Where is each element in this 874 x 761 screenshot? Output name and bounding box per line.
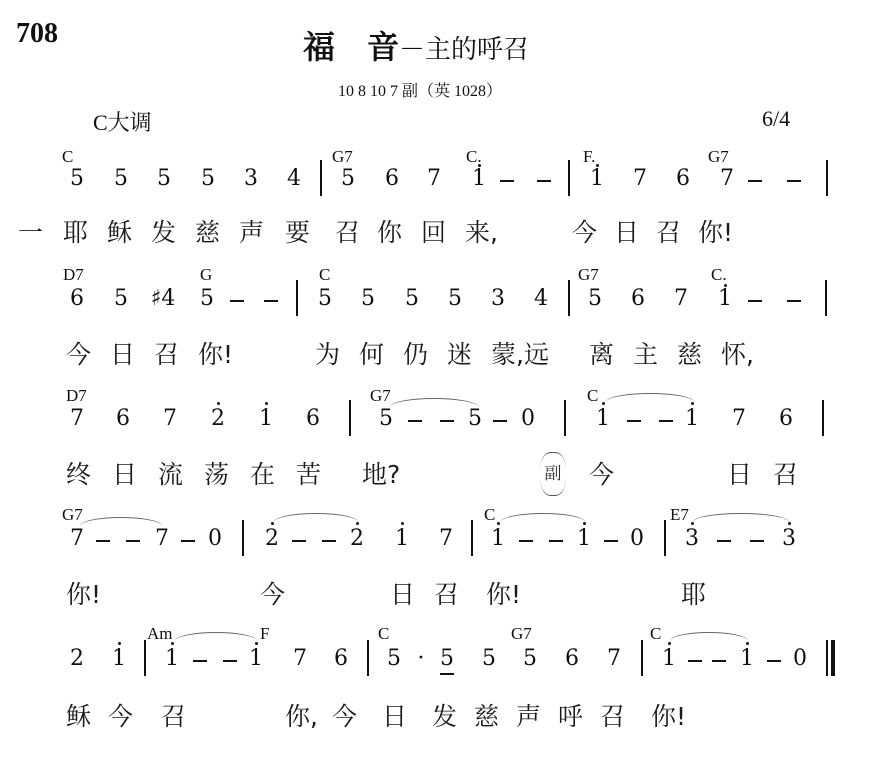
high-octave-dot	[118, 642, 121, 645]
lyric: 日	[390, 580, 415, 610]
chord: Am	[147, 625, 173, 643]
note: 7	[67, 526, 87, 552]
sustain-dash	[750, 540, 764, 542]
lyric: 慈	[195, 218, 239, 248]
meter-line: 10 8 10 7 副（英 1028）	[338, 78, 502, 101]
title-main: 福 音	[303, 28, 399, 66]
chord: C.	[711, 266, 727, 284]
note: 7	[160, 406, 180, 432]
high-octave-dot	[596, 164, 599, 167]
lyric: 召	[773, 460, 798, 490]
chord: G7	[332, 148, 353, 166]
note-high: 1	[587, 166, 607, 192]
chord: C	[587, 387, 598, 405]
sustain-dash	[712, 660, 726, 662]
note: 5	[376, 406, 396, 432]
note-high: 1	[256, 406, 276, 432]
note: 5	[465, 406, 485, 432]
note-high: 3	[779, 526, 799, 552]
lyric: 你,	[285, 702, 332, 732]
chord: F	[260, 625, 269, 643]
sustain-dash	[767, 660, 781, 662]
note: 5	[111, 166, 131, 192]
lyric: 终	[66, 460, 112, 490]
high-octave-dot	[478, 164, 481, 167]
sustain-dash	[264, 300, 278, 302]
sustain-dash	[493, 420, 507, 422]
lyric: 召	[434, 580, 459, 610]
note: 7	[290, 646, 310, 672]
sustain-dash	[96, 540, 110, 542]
note-high: 1	[574, 526, 594, 552]
lyric: 呼	[558, 702, 600, 732]
chord: E7	[670, 506, 689, 524]
lyric-line: 稣今召你,今日发慈声呼召你!	[66, 702, 686, 732]
lyric: 蒙,远	[491, 340, 589, 370]
lyric: 今	[66, 340, 110, 370]
high-octave-dot	[356, 522, 359, 525]
barline	[242, 520, 244, 556]
lyric: 今	[108, 702, 161, 732]
note: 6	[628, 286, 648, 312]
lyric: 耶	[63, 218, 107, 248]
note: 7	[152, 526, 172, 552]
sustain-dash	[627, 420, 641, 422]
note: 6	[303, 406, 323, 432]
high-octave-dot	[788, 522, 791, 525]
note: 6	[331, 646, 351, 672]
note-high: 1	[682, 406, 702, 432]
note: 0	[627, 526, 647, 552]
high-octave-dot	[401, 522, 404, 525]
barline	[641, 640, 643, 676]
time-signature: 6/4	[762, 106, 790, 132]
note: 6	[673, 166, 693, 192]
high-octave-dot	[217, 402, 220, 405]
tie	[80, 517, 162, 526]
lyric: 日	[727, 460, 752, 490]
note: 5	[67, 166, 87, 192]
sustain-dash	[787, 300, 801, 302]
high-octave-dot	[668, 642, 671, 645]
barline	[320, 160, 322, 196]
note: 4	[531, 286, 551, 312]
chorus-label: 副	[545, 464, 562, 484]
note-high: 1	[715, 286, 735, 312]
note: 7	[717, 166, 737, 192]
barline	[471, 520, 473, 556]
note: 0	[205, 526, 225, 552]
note: 5	[315, 286, 335, 312]
sustain-dash	[748, 300, 762, 302]
note: 0	[518, 406, 538, 432]
barline	[826, 160, 828, 196]
note: 5	[520, 646, 540, 672]
chord: F.	[583, 148, 595, 166]
note-high: 3	[682, 526, 702, 552]
lyric: 流	[158, 460, 204, 490]
note: 6	[113, 406, 133, 432]
note-high: 1	[469, 166, 489, 192]
high-octave-dot	[583, 522, 586, 525]
note: 2	[67, 646, 87, 672]
lyric: 日	[382, 702, 432, 732]
tie	[175, 632, 257, 641]
lyric: 来,	[465, 218, 572, 248]
tie	[274, 513, 358, 522]
lyric: 苦	[296, 460, 362, 490]
high-octave-dot	[255, 642, 258, 645]
title-sub: －主的呼召	[399, 35, 529, 65]
lyric: 为	[315, 340, 359, 370]
note-high: 1	[488, 526, 508, 552]
dotted-rhythm: ·	[411, 646, 431, 672]
note-high: 1	[109, 646, 129, 672]
note: 0	[790, 646, 810, 672]
lyric: 何	[359, 340, 403, 370]
sustain-dash	[537, 180, 551, 182]
lyric: 耶	[681, 580, 706, 610]
lyric: 离	[589, 340, 633, 370]
chord: C	[319, 266, 330, 284]
note: 5	[479, 646, 499, 672]
lyric: 声	[516, 702, 558, 732]
chord: D7	[66, 387, 87, 405]
lyric: 迷	[447, 340, 491, 370]
sustain-dash	[223, 660, 237, 662]
sustain-dash	[519, 540, 533, 542]
key-signature: C大调	[93, 106, 152, 137]
chord: G	[200, 266, 212, 284]
chord-label: G7	[332, 147, 353, 166]
sustain-dash	[181, 540, 195, 542]
sustain-dash	[659, 420, 673, 422]
tie	[606, 393, 694, 402]
high-octave-dot	[265, 402, 268, 405]
note: 6	[562, 646, 582, 672]
note: 5	[338, 166, 358, 192]
chord: G7	[511, 625, 532, 643]
chord: C	[378, 625, 389, 643]
sustain-dash	[126, 540, 140, 542]
note: 5	[111, 286, 131, 312]
final-barline-thin	[826, 640, 828, 676]
sustain-dash	[292, 540, 306, 542]
high-octave-dot	[691, 522, 694, 525]
lyric: 稣	[107, 218, 151, 248]
high-octave-dot	[724, 284, 727, 287]
chord: D7	[63, 266, 84, 284]
lyric: 回	[421, 218, 465, 248]
lyric: 日	[110, 340, 154, 370]
high-octave-dot	[171, 642, 174, 645]
sustain-dash	[193, 660, 207, 662]
sustain-dash	[440, 420, 454, 422]
lyric: 今	[332, 702, 382, 732]
note: 7	[436, 526, 456, 552]
tie	[693, 513, 789, 522]
chorus-marker: 副	[540, 452, 566, 496]
lyric: 你!	[486, 580, 521, 610]
high-octave-dot	[746, 642, 749, 645]
sustain-dash	[322, 540, 336, 542]
chord: G7	[370, 387, 391, 405]
lyric: 发	[151, 218, 195, 248]
high-octave-dot	[497, 522, 500, 525]
note: 4	[284, 166, 304, 192]
lyric: 主	[633, 340, 677, 370]
chord: C	[62, 148, 73, 166]
note: 7	[424, 166, 444, 192]
sustain-dash	[787, 180, 801, 182]
lyric: 你!	[651, 702, 686, 731]
tie	[501, 513, 585, 522]
lyric: 荡	[204, 460, 250, 490]
final-barline-thick	[831, 640, 835, 676]
chord: G7	[708, 148, 729, 166]
sustain-dash	[549, 540, 563, 542]
note: 6	[382, 166, 402, 192]
note-high: 1	[593, 406, 613, 432]
chord: G7	[62, 506, 83, 524]
note-high: 2	[262, 526, 282, 552]
note-high: 1	[392, 526, 412, 552]
lyric: 仍	[403, 340, 447, 370]
lyric: 召	[600, 702, 651, 732]
lyric: 召	[161, 702, 285, 732]
sustain-dash	[717, 540, 731, 542]
sustain-dash	[408, 420, 422, 422]
note-sharp: ♯4	[146, 286, 180, 312]
sustain-dash	[748, 180, 762, 182]
lyric: 召	[154, 340, 198, 370]
lyric: 稣	[66, 702, 108, 732]
note: 7	[671, 286, 691, 312]
hymn-number: 708	[16, 18, 58, 50]
chord: C	[484, 506, 495, 524]
note: 5	[154, 166, 174, 192]
note-high: 1	[162, 646, 182, 672]
barline	[568, 280, 570, 316]
note: 7	[630, 166, 650, 192]
barline	[825, 280, 827, 316]
sustain-dash	[604, 540, 618, 542]
sustain-dash	[688, 660, 702, 662]
lyric: 召	[335, 218, 377, 248]
page-title: 福 音－主的呼召	[303, 22, 529, 68]
lyric: 声	[239, 218, 285, 248]
high-octave-dot	[691, 402, 694, 405]
note: 6	[776, 406, 796, 432]
note: 3	[241, 166, 261, 192]
note-underlined: 5	[437, 646, 457, 672]
note-high: 1	[659, 646, 679, 672]
lyric: 今	[260, 580, 285, 610]
note: 7	[604, 646, 624, 672]
note: 5	[197, 286, 217, 312]
lyric: 今	[589, 460, 614, 490]
lyric: 要	[285, 218, 335, 248]
lyric: 慈	[677, 340, 721, 370]
lyric-line: 一耶稣发慈声要召你回来,今日召你!	[18, 218, 733, 248]
lyric-line: 今日召你!为何仍迷蒙,远离主慈怀,	[66, 340, 754, 370]
note-high: 2	[347, 526, 367, 552]
lyric: 你	[377, 218, 421, 248]
note: 7	[67, 406, 87, 432]
note-high: 2	[208, 406, 228, 432]
lyric: 在	[250, 460, 296, 490]
lyric: 日	[614, 218, 656, 248]
underline-eighth	[440, 673, 454, 675]
lyric: 今	[572, 218, 614, 248]
note-high: 1	[246, 646, 266, 672]
barline	[564, 400, 566, 436]
lyric: 你!	[698, 218, 733, 247]
high-octave-dot	[602, 402, 605, 405]
note-high: 1	[737, 646, 757, 672]
note: 3	[488, 286, 508, 312]
note: 7	[729, 406, 749, 432]
lyric: 慈	[474, 702, 516, 732]
note: 6	[67, 286, 87, 312]
barline	[144, 640, 146, 676]
note: 5	[384, 646, 404, 672]
lyric: 召	[656, 218, 698, 248]
barline	[367, 640, 369, 676]
lyric: 地?	[362, 460, 400, 489]
barline	[822, 400, 824, 436]
lyric: 发	[432, 702, 474, 732]
high-octave-dot	[271, 522, 274, 525]
barline	[296, 280, 298, 316]
sustain-dash	[230, 300, 244, 302]
lyric: 你!	[198, 340, 315, 370]
lyric: 日	[112, 460, 158, 490]
note: 5	[198, 166, 218, 192]
note: 5	[402, 286, 422, 312]
lyric: 你!	[66, 580, 101, 610]
note: 5	[585, 286, 605, 312]
lyric: 一	[18, 218, 63, 248]
lyric: 怀,	[721, 340, 754, 369]
tie	[670, 632, 748, 641]
barline	[349, 400, 351, 436]
chord: C	[650, 625, 661, 643]
chord: G7	[578, 266, 599, 284]
sustain-dash	[500, 180, 514, 182]
lyric-line: 终日流荡在苦地?	[66, 460, 400, 490]
barline	[664, 520, 666, 556]
note: 5	[358, 286, 378, 312]
barline	[568, 160, 570, 196]
note: 5	[445, 286, 465, 312]
